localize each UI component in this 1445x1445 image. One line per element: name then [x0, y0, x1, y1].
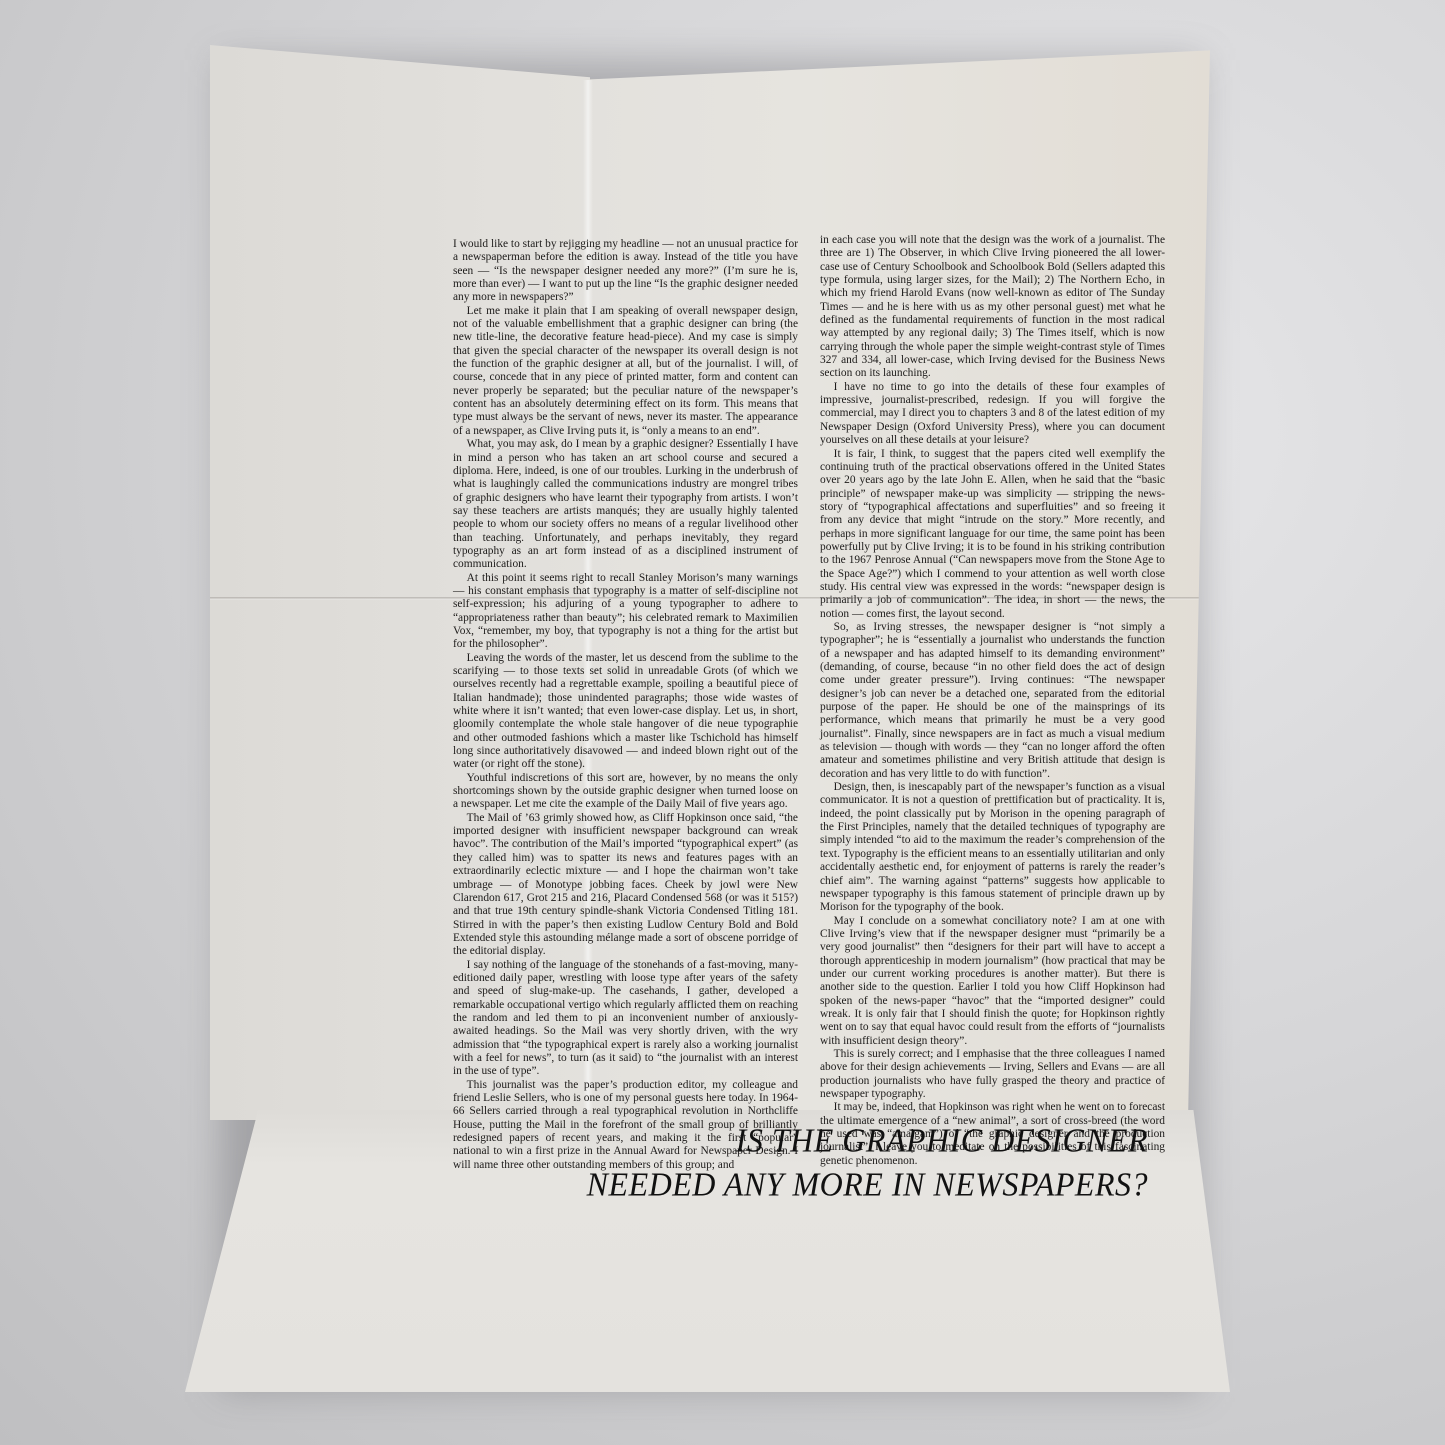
article-column-right: in each case you will note that the desi… — [820, 234, 1165, 1168]
paragraph: Youthful indiscretions of this sort are,… — [453, 772, 798, 812]
paragraph: I would like to start by rejigging my he… — [453, 238, 798, 305]
paragraph: The Mail of ’63 grimly showed how, as Cl… — [453, 812, 798, 959]
paragraph: Leaving the words of the master, let us … — [453, 652, 798, 772]
headline-line-2: NEEDED ANY MORE IN NEWSPAPERS? — [587, 1162, 1148, 1206]
paragraph: This is surely correct; and I emphasise … — [820, 1048, 1165, 1101]
paragraph: So, as Irving stresses, the newspaper de… — [820, 621, 1165, 781]
paragraph: May I conclude on a somewhat conciliator… — [820, 915, 1165, 1048]
paragraph: What, you may ask, do I mean by a graphi… — [453, 438, 798, 571]
paragraph: Design, then, is inescapably part of the… — [820, 781, 1165, 914]
paragraph: At this point it seems right to recall S… — [453, 572, 798, 652]
paragraph: I have no time to go into the details of… — [820, 381, 1165, 448]
paragraph: I say nothing of the language of the sto… — [453, 959, 798, 1079]
paragraph: It is fair, I think, to suggest that the… — [820, 448, 1165, 621]
headline-line-1: IS THE GRAPHIC DESIGNER — [587, 1118, 1148, 1162]
article-column-left: I would like to start by rejigging my he… — [453, 238, 798, 1172]
paragraph: in each case you will note that the desi… — [820, 234, 1165, 381]
paragraph: Let me make it plain that I am speaking … — [453, 305, 798, 438]
article-headline: IS THE GRAPHIC DESIGNER NEEDED ANY MORE … — [587, 1118, 1148, 1206]
